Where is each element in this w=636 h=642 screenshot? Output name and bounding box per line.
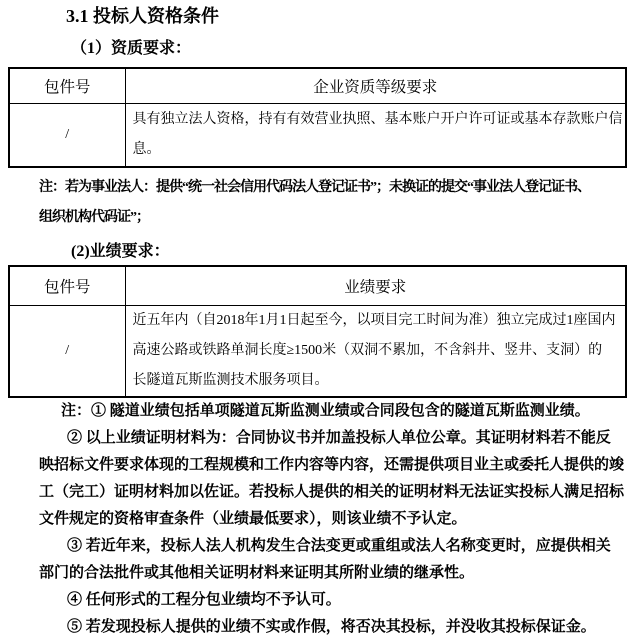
table-header-row: 包件号 企业资质等级要求 <box>9 68 626 104</box>
section2-title: (2)业绩要求： <box>71 242 627 261</box>
performance-table: 包件号 业绩要求 / 近五年内（自2018年1月1日起至今，以项目完工时间为准）… <box>8 265 627 398</box>
table-header-row: 包件号 业绩要求 <box>9 266 626 306</box>
text-line: 映招标文件要求体现的工程规模和工作内容等内容，还需提供项目业主或委托人提供的竣 <box>39 452 627 479</box>
table-row: / 近五年内（自2018年1月1日起至今，以项目完工时间为准）独立完成过1座国内… <box>9 306 626 398</box>
text-line: ② 以上业绩证明材料为：合同协议书并加盖投标人单位公章。其证明材料若不能反 <box>39 425 627 452</box>
text-line: 工（完工）证明材料加以佐证。若投标人提供的相关的证明材料无法证实投标人满足招标 <box>39 479 627 506</box>
table-row: / 具有独立法人资格，持有有效营业执照、基本账户开户许可证或基本存款账户信息。 <box>9 104 626 168</box>
text-line: ⑤ 若发现投标人提供的业绩不实或作假，将否决其投标，并没收其投标保证金。 <box>39 614 627 641</box>
column-header-package: 包件号 <box>9 266 125 306</box>
text-line: 近五年内（自2018年1月1日起至今，以项目完工时间为准）独立完成过1座国内 <box>133 306 624 336</box>
column-header-performance: 业绩要求 <box>125 266 626 306</box>
package-number-cell: / <box>9 104 125 168</box>
text-line: 文件规定的资格审查条件（业绩最低要求），则该业绩不予认定。 <box>39 506 627 533</box>
section1-title: （1）资质要求： <box>71 39 627 58</box>
text-line: 息。 <box>133 135 624 165</box>
page-title: 3.1 投标人资格条件 <box>66 6 627 26</box>
qualification-table: 包件号 企业资质等级要求 / 具有独立法人资格，持有有效营业执照、基本账户开户许… <box>8 67 627 168</box>
note-paragraph-4: ④ 任何形式的工程分包业绩均不予认可。 <box>39 587 627 614</box>
text-line: ③ 若近年来，投标人法人机构发生合法变更或重组或法人名称变更时，应提供相关 <box>39 533 627 560</box>
text-line: ④ 任何形式的工程分包业绩均不予认可。 <box>39 587 627 614</box>
text-line: 组织机构代码证”； <box>39 203 627 233</box>
qualification-requirement-cell: 具有独立法人资格，持有有效营业执照、基本账户开户许可证或基本存款账户信息。 <box>125 104 626 168</box>
note-paragraph-3: ③ 若近年来，投标人法人机构发生合法变更或重组或法人名称变更时，应提供相关部门的… <box>39 533 627 587</box>
text-line: 具有独立法人资格，持有有效营业执照、基本账户开户许可证或基本存款账户信 <box>133 105 624 135</box>
note-paragraph-2: ② 以上业绩证明材料为：合同协议书并加盖投标人单位公章。其证明材料若不能反映招标… <box>39 425 627 533</box>
package-number-cell: / <box>9 306 125 398</box>
text-line: 注：若为事业法人：提供“统一社会信用代码法人登记证书”；未换证的提交“事业法人登… <box>39 173 627 203</box>
document-page: 3.1 投标人资格条件 （1）资质要求： 包件号 企业资质等级要求 / 具有独立… <box>0 0 636 642</box>
text-line: 部门的合法批件或其他相关证明材料来证明其所附业绩的继承性。 <box>39 560 627 587</box>
column-header-package: 包件号 <box>9 68 125 104</box>
note-paragraph-1: 注：① 隧道业绩包括单项隧道瓦斯监测业绩或合同段包含的隧道瓦斯监测业绩。 <box>39 398 627 425</box>
performance-requirement-cell: 近五年内（自2018年1月1日起至今，以项目完工时间为准）独立完成过1座国内高速… <box>125 306 626 398</box>
text-line: 高速公路或铁路单洞长度≥1500米（双洞不累加，不含斜井、竖井、支洞）的 <box>133 336 624 366</box>
qualification-note: 注：若为事业法人：提供“统一社会信用代码法人登记证书”；未换证的提交“事业法人登… <box>39 173 627 233</box>
text-line: 注：① 隧道业绩包括单项隧道瓦斯监测业绩或合同段包含的隧道瓦斯监测业绩。 <box>39 398 627 425</box>
performance-notes: 注：① 隧道业绩包括单项隧道瓦斯监测业绩或合同段包含的隧道瓦斯监测业绩。 ② 以… <box>39 398 627 641</box>
note-paragraph-5: ⑤ 若发现投标人提供的业绩不实或作假，将否决其投标，并没收其投标保证金。 <box>39 614 627 641</box>
text-line: 长隧道瓦斯监测技术服务项目。 <box>133 366 624 396</box>
column-header-qualification: 企业资质等级要求 <box>125 68 626 104</box>
